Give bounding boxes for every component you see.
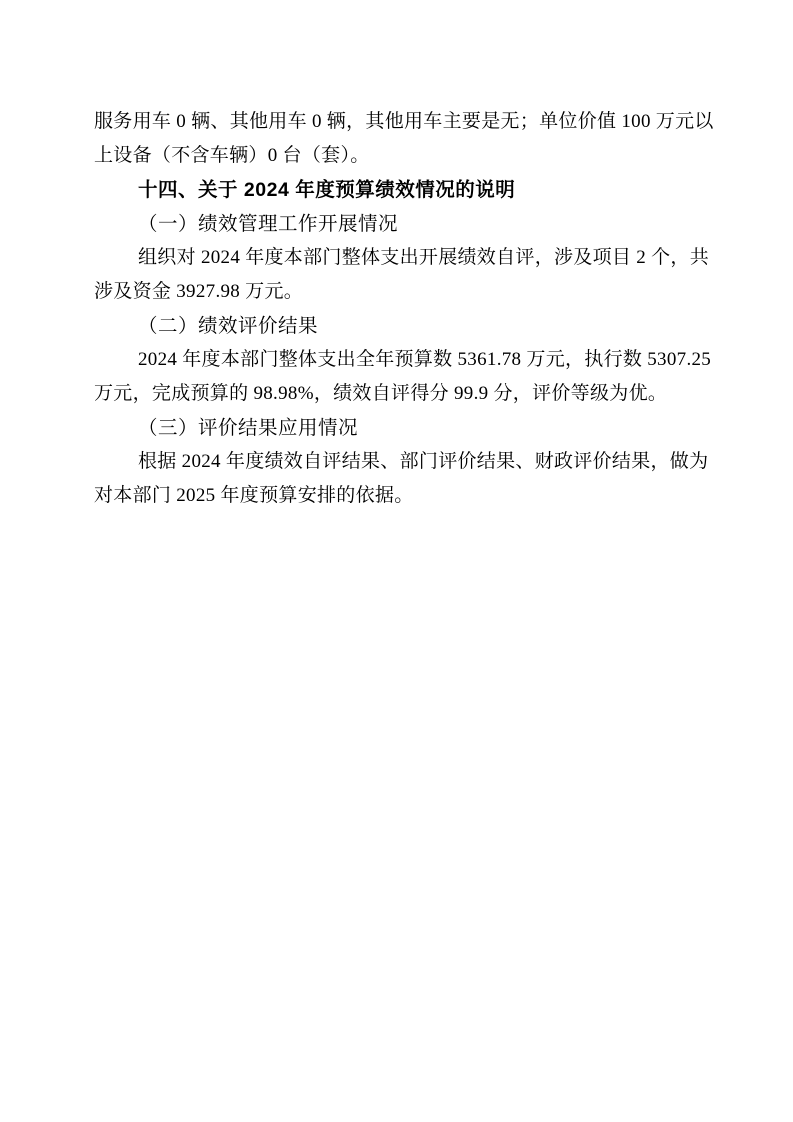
subsection-heading: （一）绩效管理工作开展情况 xyxy=(94,207,734,241)
body-line: 对本部门 2025 年度预算安排的依据。 xyxy=(94,479,734,513)
body-line: 涉及资金 3927.98 万元。 xyxy=(94,275,734,309)
body-line: 上设备（不含车辆）0 台（套）。 xyxy=(94,139,734,173)
document-page: 服务用车 0 辆、其他用车 0 辆，其他用车主要是无；单位价值 100 万元以 … xyxy=(0,0,793,1122)
subsection-heading: （三）评价结果应用情况 xyxy=(94,411,734,445)
body-line: 万元，完成预算的 98.98%，绩效自评得分 99.9 分，评价等级为优。 xyxy=(94,377,734,411)
body-line: 服务用车 0 辆、其他用车 0 辆，其他用车主要是无；单位价值 100 万元以 xyxy=(94,105,734,139)
subsection-heading: （二）绩效评价结果 xyxy=(94,309,734,343)
document-content: 服务用车 0 辆、其他用车 0 辆，其他用车主要是无；单位价值 100 万元以 … xyxy=(94,105,734,513)
section-heading: 十四、关于 2024 年度预算绩效情况的说明 xyxy=(94,173,734,207)
body-line: 组织对 2024 年度本部门整体支出开展绩效自评，涉及项目 2 个，共 xyxy=(94,241,734,275)
body-line: 根据 2024 年度绩效自评结果、部门评价结果、财政评价结果，做为 xyxy=(94,445,734,479)
body-line: 2024 年度本部门整体支出全年预算数 5361.78 万元，执行数 5307.… xyxy=(94,343,734,377)
